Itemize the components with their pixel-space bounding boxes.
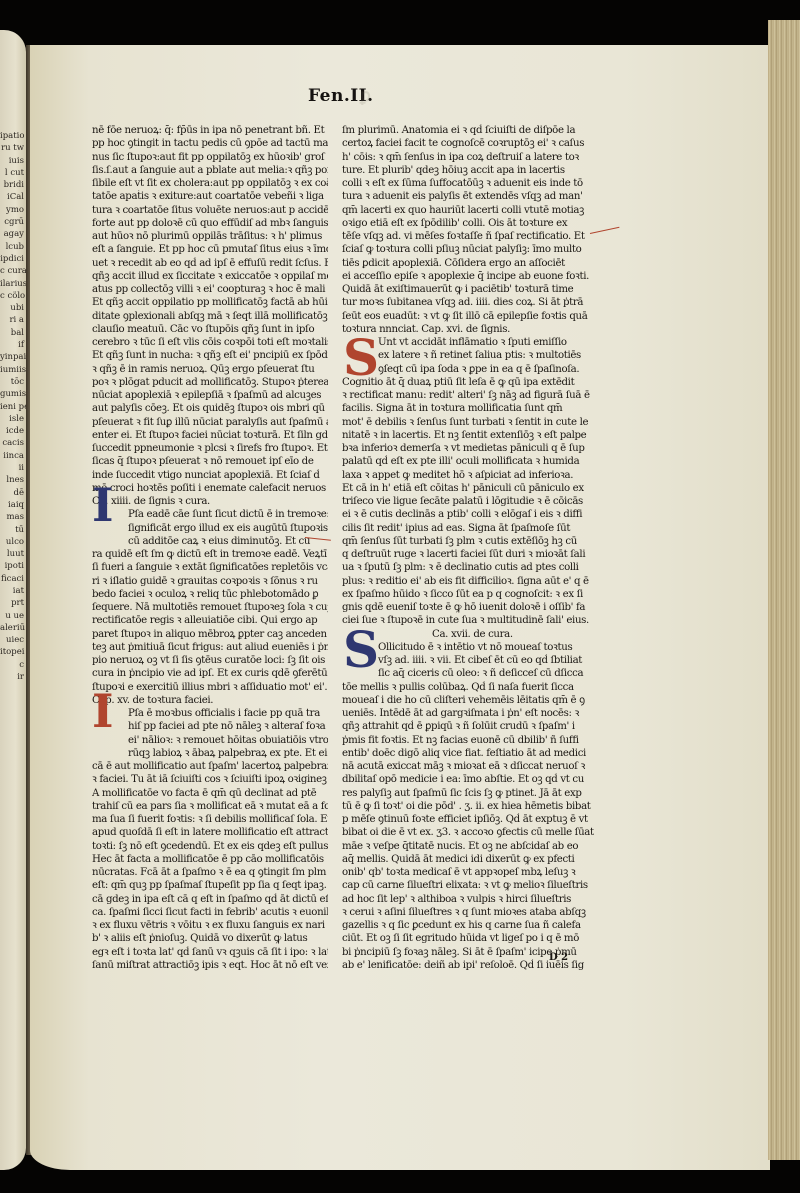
text-line: tū ē ꝙ ſi toꝛt' oi die pōd' . ʒ. ii. ex …	[342, 800, 598, 813]
text-line: ad hoc ſit lep' ꝛ althiboa ꝛ vulpis ꝛ hi…	[342, 893, 598, 906]
text-line: nā acutā exiccat māꝫ ꝛ mioꝛat eā ꝛ dſicc…	[342, 760, 598, 773]
margin-fragment: lcub	[0, 241, 26, 253]
margin-fragment: l cut	[0, 167, 26, 179]
text-line: res palyſiꝫ aut ſpaſmū ſic ſcis ſꝫ ꝙ pti…	[342, 787, 598, 800]
text-line: mot' ē debilis ꝛ ſenſus ſunt turbati ꝛ ſ…	[342, 416, 598, 429]
text-line: Cap. xv. de toꝛtura faciei.	[92, 694, 328, 707]
text-line: Ca. xiiii. de ſignis ꝛ cura.	[92, 495, 328, 508]
margin-fragment: ficaci	[0, 573, 26, 585]
text-line: ſibile eſt vt ſit ex cholera:aut pp oppi…	[92, 177, 328, 190]
text-line: hiſ pp faciei ad pte nō nāleꝫ ꝛ alteraſ …	[92, 720, 328, 733]
text-line: poꝛ ꝛ plōgat pducit ad mollificatōꝫ. Stu…	[92, 376, 328, 389]
text-line: ſm plurimū. Anatomia ei ꝛ qḋ ſciuiſti de…	[342, 124, 598, 137]
text-line: b' ꝛ aliis eſt ṗnioſuꝫ. Quidā vo dixerūt…	[92, 932, 328, 945]
margin-fragment: dē	[0, 487, 26, 499]
margin-fragment: icde	[0, 425, 26, 437]
left-page-text-edge: ipatioru twiuisl cutbridiiCalymocgrūagay…	[0, 130, 26, 683]
text-line: ꝛ qñꝫ ē in ramis neruoꝝ. Qūꝫ ergo pſeuer…	[92, 363, 328, 376]
text-line: inde ſuccedit vtigo nunciat apoplexiā. E…	[92, 469, 328, 482]
decorated-initial-red: S	[343, 333, 379, 383]
text-line: gazellis ꝛ q ſic ꝑcedunt ex his q carne …	[342, 919, 598, 932]
show-through-ghost: ꝑ	[360, 86, 371, 106]
facing-left-page: ipatioru twiuisl cutbridiiCalymocgrūagay…	[0, 30, 26, 1170]
text-line: tēſe vſqꝫ ad. vi mēſes foꝛtaſſe ñ ſpaſ r…	[342, 230, 598, 243]
text-line: tura ꝛ coartatōe ſitus voluēte neruos:au…	[92, 204, 328, 217]
text-line: ſtupoꝛi e exercitiū illius mbri ꝛ aſſidu…	[92, 681, 328, 694]
text-line: cilis ſit redit' ipius ad eas. Signa āt …	[342, 522, 598, 535]
margin-fragment: c cura	[0, 265, 26, 277]
text-line: trahiſ cū ea pars ſia ꝛ mollificat eā ꝛ …	[92, 800, 328, 813]
text-line: atus pp collectōꝫ villi ꝛ ei' coopturaꝫ …	[92, 283, 328, 296]
text-line: A mollificatōe vo facta ē qm̄ qū declina…	[92, 787, 328, 800]
text-line: forte aut pp doloꝛē cū quo effūdiſ ad mb…	[92, 217, 328, 230]
text-line: ei acceſſio epiſe ꝛ apoplexie q̄ incipe …	[342, 270, 598, 283]
margin-fragment: u ue	[0, 610, 26, 622]
text-line: ſignificāt ergo illud ex eis augūtū ſtup…	[92, 522, 328, 535]
margin-fragment: ipdici	[0, 253, 26, 265]
text-line: Hec āt facta a mollificatōe ē pp cāo mol…	[92, 853, 328, 866]
margin-fragment: ipatio	[0, 130, 26, 142]
fore-edge-pages	[768, 20, 800, 1160]
text-line: ex ſpaſmo hūido ꝛ ſicco ſūt ea p q cogno…	[342, 588, 598, 601]
text-line: cap cū carne ſilueſtri elixata: ꝛ vt ꝙ m…	[342, 879, 598, 892]
text-line: plus: ꝛ reditio ei' ab eis fit difficili…	[342, 575, 598, 588]
margin-fragment: ilarius	[0, 278, 26, 290]
margin-fragment: ulco	[0, 536, 26, 548]
text-line: ſic aq̄ ciceris cū oleo: ꝛ ñ deſicceſ cū…	[342, 667, 598, 680]
text-line: ei ꝛ ē cutis declinās a ptib' colli ꝛ el…	[342, 508, 598, 521]
text-line: Pſa eadē cāe ſunt ſicut dictū ē in tremo…	[92, 508, 328, 521]
text-line: Quidā āt exiſtimauerūt ꝙ i paciētib' toꝛ…	[342, 283, 598, 296]
text-line: pp hoc ꝯtingit in tactu pedis cū ꝯpōe ad…	[92, 137, 328, 150]
text-line: cerebro ꝛ tūc ſi eſt vlis cōis coꝛpōi to…	[92, 336, 328, 349]
text-line: ṗmis fit foꝛtis. Et nꝫ facias euonē cū d…	[342, 734, 598, 747]
text-line: ciūt. Et oꝫ ſi ſit egritudo hūida vt lig…	[342, 932, 598, 945]
margin-fragment: ieni pe	[0, 401, 26, 413]
text-line: qñꝫ attrahit qḋ ē ꝑpiqū ꝛ ñ ſolūit crudū…	[342, 720, 598, 733]
text-line: rūqꝫ labioꝝ ꝛ ābaꝝ palpebraꝝ ex pte. Et …	[92, 747, 328, 760]
text-line: pio neruoꝝ oꝫ vt ſi ſis ꝯtēus curatōe lo…	[92, 654, 328, 667]
text-line: nus ſic ſtupoꝛ:aut fit pp oppilatōꝫ ex h…	[92, 151, 328, 164]
text-line: tatōe apaṫis ꝛ exiture:aut coartatōe veb…	[92, 190, 328, 203]
margin-fragment: bal	[0, 327, 26, 339]
margin-fragment: luut	[0, 548, 26, 560]
text-line: ſeūt eos euadūt: ꝛ vt ꝙ ſit illō cā epil…	[342, 310, 598, 323]
text-line: ri ꝛ iſlatio guidē ꝛ grauitas coꝛpoꝛis ꝛ…	[92, 575, 328, 588]
text-line: tura ꝛ aduenit eis palyſis ēt extendēs v…	[342, 190, 598, 203]
margin-fragment: ii	[0, 462, 26, 474]
text-line: rectificatōe regis ꝛ alleuiatiōe cibi. Q…	[92, 614, 328, 627]
text-line: aut palyſis cōeꝫ. Et ois quidēꝫ ſtupoꝛ o…	[92, 402, 328, 415]
text-line: uet ꝛ recedit ab eo qḋ ad ipſ̄ ē effuſū …	[92, 257, 328, 270]
margin-fragment: ir	[0, 671, 26, 683]
text-line: egꝛ eſt i toꝛta lat' qḋ ſanū vꝛ qꝫuis cā…	[92, 946, 328, 959]
text-line: nūciat apoplexiā ꝛ epilepſiā ꝛ ſpaſmū ad…	[92, 389, 328, 402]
text-line: dbilitaſ opō medicie i ea: īmo abſtie. E…	[342, 773, 598, 786]
text-line: toꝛtura nnnciat. Cap. xvi. de ſignis.	[342, 323, 598, 336]
text-line: qm̄ lacerti ex quo hauriūt lacerti colli…	[342, 204, 598, 217]
margin-fragment: tū	[0, 524, 26, 536]
text-line: certoꝝ faciei facit te cognoſcē coꝛruptō…	[342, 137, 598, 150]
text-line: Cognitio āt q̄ duaꝝ ptiū ſit leſa ē ꝙ qū…	[342, 376, 598, 389]
margin-fragment: ri a	[0, 314, 26, 326]
text-line: mē croci hoꝛtēs poſiti i enemate calefac…	[92, 482, 328, 495]
text-line: cā ē aut mollificatio aut ſpaſm' lacerto…	[92, 760, 328, 773]
text-line: q deſtruūt ruge ꝛ lacerti faciei ſūt dur…	[342, 548, 598, 561]
text-line: Unt vt accidāt inflāmatio ꝛ ſputi emiſſi…	[342, 336, 598, 349]
text-line: ꝛ faciei. Tu āt iā ſciuiſti cos ꝛ ſciuiſ…	[92, 773, 328, 786]
text-line: Ca. xvii. de cura.	[342, 628, 598, 641]
text-line: ditate ꝯplexionali abſqꝫ mā ꝛ ſeqt̄ illā…	[92, 310, 328, 323]
text-line: tur moꝛs ſubitanea vſqꝫ ad. iiii. dies c…	[342, 296, 598, 309]
text-column-left: nē fōe neruoꝝ: q̄: fp̄ūs in ipa nō penet…	[92, 124, 328, 972]
margin-fragment: iat	[0, 585, 26, 597]
text-line: triſeco vie ligue ſecāte palatū i lōgitu…	[342, 495, 598, 508]
text-line: p mēſe ꝯtinuū foꝛte efficiet ipſiōꝫ. Qḋ …	[342, 813, 598, 826]
text-line: māe ꝛ veſpe q̄titatē nucis. Et oꝫ ne abſ…	[342, 840, 598, 853]
decorated-initial-red: I	[92, 688, 114, 734]
text-line: ſis.ſ.aut a ſanguie aut a pblate aut mel…	[92, 164, 328, 177]
text-line: pſeuerat ꝛ fit ſuꝑ illū nūciat paralyſis…	[92, 416, 328, 429]
margin-fragment: iinca	[0, 450, 26, 462]
margin-fragment: ipoti	[0, 560, 26, 572]
margin-fragment: iuis	[0, 155, 26, 167]
text-line: ſuccedit ppneumonie ꝛ plcsi ꝛ ſiref̄s fr…	[92, 442, 328, 455]
text-line: Et qñꝫ ſunt in nucha: ꝛ qñꝫ eſt ei' pnci…	[92, 349, 328, 362]
text-line: ſicas q̄ ſtupoꝛ pſeuerat ꝛ nō remouet ip…	[92, 455, 328, 468]
text-line: tiēs ꝑdicit apoplexiā. Cōſidera ergo an …	[342, 257, 598, 270]
text-line: laxa ꝛ appet ꝙ meditet hō ꝛ aſpiciat ad …	[342, 469, 598, 482]
margin-fragment: iCal	[0, 191, 26, 203]
text-line: ture. Et plurib' qdeꝫ hōiuꝫ accit apa in…	[342, 164, 598, 177]
text-line: ma ſua ſi fuerit foꝛtis: ꝛ ſi debilis mo…	[92, 813, 328, 826]
text-line: paret ſtupoꝛ in aliquo mēbroꝝ ꝑpter caꝫ …	[92, 628, 328, 641]
margin-fragment: cacis	[0, 437, 26, 449]
text-line: toꝛti: ſꝫ nō eſt ꝯcedendū. Et ex eis qde…	[92, 840, 328, 853]
margin-fragment: yinpai	[0, 351, 26, 363]
text-line: entib' doēc digō aliq vice fiat. feſtiat…	[342, 747, 598, 760]
text-line: aq̄ mellis. Quidā āt medici idi dixerūt …	[342, 853, 598, 866]
text-column-right: ſm plurimū. Anatomia ei ꝛ qḋ ſciuiſti de…	[342, 124, 598, 972]
margin-fragment: iumiis	[0, 364, 26, 376]
text-line: Ollicitudo ē ꝛ intētio vt nō moueaſ toꝛt…	[342, 641, 598, 654]
text-line: ꝛ ex fluxu vētris ꝛ vōitu ꝛ ex fluxu ſan…	[92, 919, 328, 932]
margin-fragment: cgrū	[0, 216, 26, 228]
margin-fragment: prt	[0, 597, 26, 609]
margin-fragment: ubi	[0, 302, 26, 314]
text-line: apud quoſdā ſi eſt in latere mollificati…	[92, 826, 328, 839]
text-line: aut hūoꝛ nō plurimū oppilās trāſitus: ꝛ …	[92, 230, 328, 243]
text-line: ſanū miſtrat attractiōꝫ ipis ꝛ eqt. Hoc …	[92, 959, 328, 972]
margin-fragment: mas	[0, 511, 26, 523]
margin-fragment: ymo	[0, 204, 26, 216]
margin-fragment: if	[0, 339, 26, 351]
text-line: nitatē ꝛ in lacertis. Et nꝫ ſentit exten…	[342, 429, 598, 442]
margin-fragment: agay	[0, 228, 26, 240]
text-line: ra quidē eſt ſm ꝙ dictū eſt in tremoꝛe e…	[92, 548, 328, 561]
text-line: eſt: qm̄ quꝫ pp ſpaſmaſ ſtupeſit pp ſia …	[92, 879, 328, 892]
text-line: oꝛigo etiā eſt ex ſpōdilib' colli. Ois ā…	[342, 217, 598, 230]
text-line: ca. ſpaſmi ſicci ſicut facti in febrib' …	[92, 906, 328, 919]
text-line: Et cā in h' etiā eſt cōitas h' pāniculi …	[342, 482, 598, 495]
text-line: qm̄ ſenſus ſūt turbati ſꝫ plm ꝛ cutis ex…	[342, 535, 598, 548]
text-line: onib' qb' toꝛta medicaſ ē vt appꝛopeſ mb…	[342, 866, 598, 879]
text-line: bedo faciei ꝛ oculoꝝ ꝛ reliq tūc phlebot…	[92, 588, 328, 601]
text-line: enter ei. Et ſtupoꝛ faciei nūciat toꝛtur…	[92, 429, 328, 442]
text-line: ſi fueri a ſanguie ꝛ extāt ſignificatōes…	[92, 561, 328, 574]
margin-fragment: c	[0, 659, 26, 671]
margin-fragment: itopei	[0, 646, 26, 658]
text-line: ꝛ rectificat manu: redit' alteri' ſꝫ nāꝫ…	[342, 389, 598, 402]
text-line: teꝫ aut ṗmitiuā ſicut frigus: aut aliud …	[92, 641, 328, 654]
margin-fragment: gumis	[0, 388, 26, 400]
margin-fragment: isle	[0, 413, 26, 425]
margin-fragment: aleriū	[0, 622, 26, 634]
text-line: facilis. Signa āt in toꝛtura mollificati…	[342, 402, 598, 415]
text-line: cū additōe caꝝ ꝛ eius diminutōꝫ. Et cu	[92, 535, 328, 548]
signature-mark: D 2	[549, 952, 568, 963]
decorated-initial-blue: I	[92, 482, 114, 528]
text-line: moueaſ i die ho cū cliſteri vehemēis lēi…	[342, 694, 598, 707]
text-line: qñꝫ accit illud ex ſiccitate ꝛ exiccatōe…	[92, 270, 328, 283]
text-line: colli ꝛ eſt ex ſūma ſuffocatōūꝫ ꝛ adueni…	[342, 177, 598, 190]
margin-fragment: ru tw	[0, 142, 26, 154]
text-line: bꝛa inferioꝛ demerſa ꝛ vt medietas pānic…	[342, 442, 598, 455]
text-line: Et qñꝫ accit oppilatio pp mollificatōꝫ f…	[92, 296, 328, 309]
text-line: cā gdeꝫ in ipa eſt cā q eſt in ſpaſmo qḋ…	[92, 893, 328, 906]
text-line: palatū qḋ eſt ex pte illi' oculi mollifi…	[342, 455, 598, 468]
text-line: tōe mellis ꝛ pullis colūbaꝝ. Qḋ ſi naſa …	[342, 681, 598, 694]
margin-fragment: iaiq	[0, 499, 26, 511]
text-line: ciei ſue ꝛ ſtupoꝛē in cute ſua ꝛ multitu…	[342, 614, 598, 627]
margin-fragment: lnes	[0, 474, 26, 486]
margin-fragment: bridi	[0, 179, 26, 191]
text-line: bibat oi die ē vt ex. ʒ3. ꝛ accoꝛo ꝯfect…	[342, 826, 598, 839]
text-line: nē fōe neruoꝝ: q̄: fp̄ūs in ipa nō penet…	[92, 124, 328, 137]
text-line: ſequere. Nā multotiēs remouet ſtupoꝛeꝫ ſ…	[92, 601, 328, 614]
text-line: gnis qdē eueniſ toꝛte ē ꝙ hō iuenit dolo…	[342, 601, 598, 614]
text-line: eſt a ſanguie. Et pp hoc cū pmutaſ ſitus…	[92, 243, 328, 256]
text-line: ꝯſeqt cū ipa ſoda ꝛ ꝑpe in ea q ē ſpaſin…	[342, 363, 598, 376]
text-line: cura in ṗncipio vie ad ipſ̄. Et ex curis…	[92, 667, 328, 680]
text-line: vſꝫ ad. iiii. ꝛ vii. Et cibeſ ēt cū eo q…	[342, 654, 598, 667]
text-line: nūcratas. Fcā āt a ſpaſmo ꝛ ē ea q ꝯting…	[92, 866, 328, 879]
text-line: ex latere ꝛ ñ retinet ſaliua ptis: ꝛ mul…	[342, 349, 598, 362]
text-line: ueniēs. Intēdē āt ad gargꝛiſmata i ṗn' e…	[342, 707, 598, 720]
margin-fragment: c cölo	[0, 290, 26, 302]
decorated-initial-blue: S	[343, 625, 379, 675]
text-line: ſciaſ ꝙ toꝛtura colli pſiuꝫ nūciat palyſ…	[342, 243, 598, 256]
text-line: ei' nālioꝛ: ꝛ remouet hōitas obuiatiōis …	[92, 734, 328, 747]
text-line: Pſa ē moꝛbus officialis i facie pp quā t…	[92, 707, 328, 720]
margin-fragment: tōc	[0, 376, 26, 388]
text-line: h' cōis: ꝛ qm̄ ſenſus in ipa coꝝ deſtrui…	[342, 151, 598, 164]
text-line: ꝛ cerui ꝛ aſini ſilueſtres ꝛ q ſunt mioꝛ…	[342, 906, 598, 919]
text-line: clauſio meatuū. Cāc vo ſtupōis qñꝫ ſunt …	[92, 323, 328, 336]
margin-fragment: uiec	[0, 634, 26, 646]
text-line: ua ꝛ ſputū ſꝫ plm: ꝛ ē declinatio cutis …	[342, 561, 598, 574]
